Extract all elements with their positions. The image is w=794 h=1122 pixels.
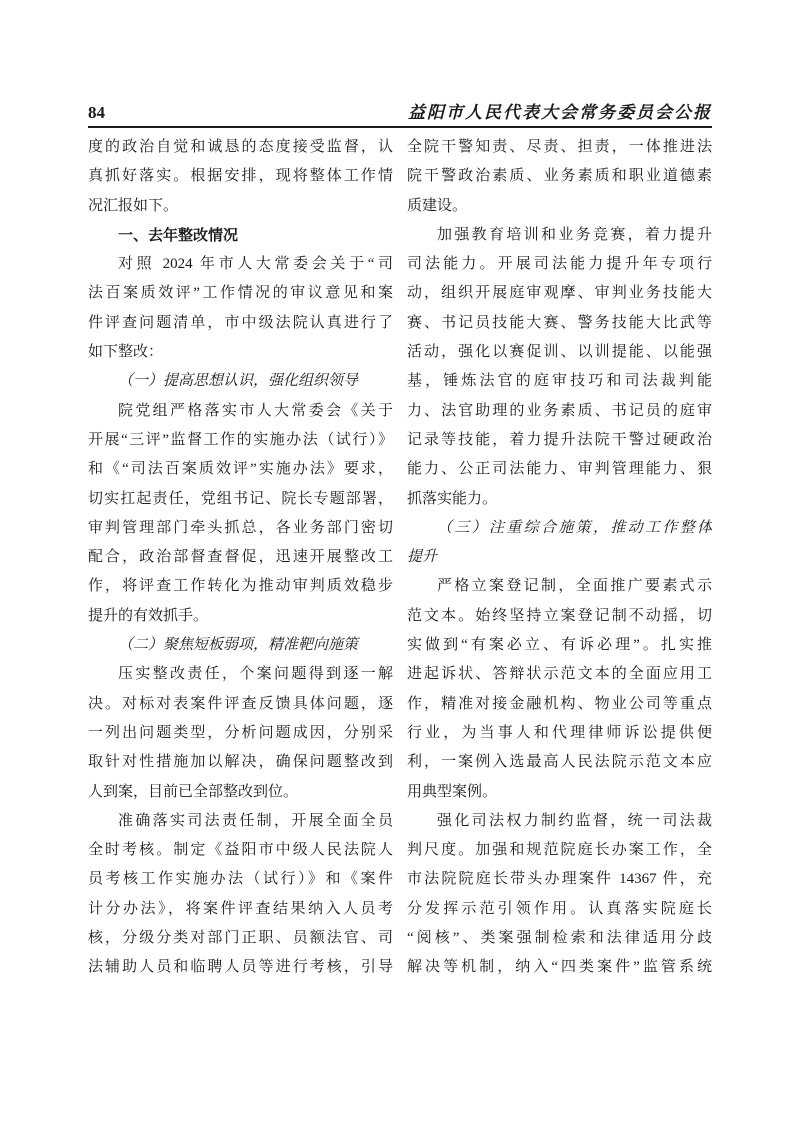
text-line: 赛、书记员技能大赛、警务技能大比武等 — [407, 309, 712, 338]
text-line: 动，组织开展庭审观摩、审判业务技能大 — [407, 279, 712, 308]
right-column: 全院干警知责、尽责、担责，一体推进法院干警政治素质、业务素质和职业道德素质建设。… — [407, 133, 712, 983]
text-line: 真抓好落实。根据安排，现将整体工作情 — [88, 162, 393, 191]
text-line: 况汇报如下。 — [88, 192, 393, 221]
text-line: 员考核工作实施办法（试行）》和《案件 — [88, 865, 393, 894]
text-line: 解决等机制，纳入“四类案件”监管系统 — [407, 953, 712, 982]
text-line: 强化司法权力制约监督，统一司法裁 — [407, 807, 712, 836]
text-line: “阅核”、类案强制检索和法律适用分歧 — [407, 924, 712, 953]
text-line: 分发挥示范引领作用。认真落实院庭长 — [407, 895, 712, 924]
text-line: 准确落实司法责任制，开展全面全员 — [88, 807, 393, 836]
text-line: 质建设。 — [407, 192, 712, 221]
text-line: 市法院院庭长带头办理案件 14367 件，充 — [407, 865, 712, 894]
text-line: 用典型案例。 — [407, 778, 712, 807]
text-line: 全时考核。制定《益阳市中级人民法院人 — [88, 836, 393, 865]
text-line: 如下整改： — [88, 338, 393, 367]
text-line: 度的政治自觉和诚恳的态度接受监督，认 — [88, 133, 393, 162]
text-line: 对照 2024 年市人大常委会关于“司 — [88, 250, 393, 279]
text-line: 加强教育培训和业务竞赛，着力提升 — [407, 221, 712, 250]
subsection-heading: （一）提高思想认识，强化组织领导 — [88, 367, 393, 396]
text-line: 提升的有效抓手。 — [88, 602, 393, 631]
text-line: 件评查问题清单，市中级法院认真进行了 — [88, 309, 393, 338]
page-header: 84 益阳市人民代表大会常务委员会公报 — [88, 104, 712, 126]
subsection-heading: 提升 — [407, 543, 712, 572]
subsection-heading: （三）注重综合施策，推动工作整体 — [407, 514, 712, 543]
text-line: 计分办法》，将案件评查结果纳入人员考 — [88, 895, 393, 924]
text-line: 院干警政治素质、业务素质和职业道德素 — [407, 162, 712, 191]
text-line: 一列出问题类型，分析问题成因，分别采 — [88, 719, 393, 748]
text-line: 抓落实能力。 — [407, 485, 712, 514]
text-line: 审判管理部门牵头抓总，各业务部门密切 — [88, 514, 393, 543]
subsection-heading: （二）聚焦短板弱项，精准靶向施策 — [88, 631, 393, 660]
text-line: 取针对性措施加以解决，确保问题整改到 — [88, 748, 393, 777]
page-number: 84 — [88, 104, 105, 121]
text-line: 能力、公正司法能力、审判管理能力、狠 — [407, 455, 712, 484]
text-line: 院党组严格落实市人大常委会《关于 — [88, 397, 393, 426]
text-line: 法百案质效评”工作情况的审议意见和案 — [88, 279, 393, 308]
header-title: 益阳市人民代表大会常务委员会公报 — [408, 104, 712, 121]
left-column: 度的政治自觉和诚恳的态度接受监督，认真抓好落实。根据安排，现将整体工作情况汇报如… — [88, 133, 393, 983]
text-line: 压实整改责任，个案问题得到逐一解 — [88, 660, 393, 689]
bulletin-page: 84 益阳市人民代表大会常务委员会公报 度的政治自觉和诚恳的态度接受监督，认真抓… — [0, 0, 794, 1122]
text-line: 切实扛起责任，党组书记、院长专题部署， — [88, 485, 393, 514]
body-columns: 度的政治自觉和诚恳的态度接受监督，认真抓好落实。根据安排，现将整体工作情况汇报如… — [88, 133, 712, 983]
text-line: 决。对标对表案件评查反馈具体问题，逐 — [88, 690, 393, 719]
text-line: 全院干警知责、尽责、担责，一体推进法 — [407, 133, 712, 162]
text-line: 司法能力。开展司法能力提升年专项行 — [407, 250, 712, 279]
text-line: 作，精准对接金融机构、物业公司等重点 — [407, 690, 712, 719]
text-line: 作，将评查工作转化为推动审判质效稳步 — [88, 572, 393, 601]
text-line: 严格立案登记制，全面推广要素式示 — [407, 572, 712, 601]
text-line: 配合，政治部督查督促，迅速开展整改工 — [88, 543, 393, 572]
text-line: 核，分级分类对部门正职、员额法官、司 — [88, 924, 393, 953]
text-line: 记录等技能，着力提升法院干警过硬政治 — [407, 426, 712, 455]
text-line: 人到案，目前已全部整改到位。 — [88, 778, 393, 807]
text-line: 范文本。始终坚持立案登记制不动摇，切 — [407, 602, 712, 631]
text-line: 进起诉状、答辩状示范文本的全面应用工 — [407, 660, 712, 689]
header-rule — [88, 126, 712, 128]
text-line: 活动，强化以赛促训、以训提能、以能强 — [407, 338, 712, 367]
section-heading: 一、去年整改情况 — [88, 221, 393, 250]
text-line: 基，锤炼法官的庭审技巧和司法裁判能 — [407, 367, 712, 396]
text-line: 利，一案例入选最高人民法院示范文本应 — [407, 748, 712, 777]
text-line: 判尺度。加强和规范院庭长办案工作，全 — [407, 836, 712, 865]
text-line: 行业，为当事人和代理律师诉讼提供便 — [407, 719, 712, 748]
text-line: 力、法官助理的业务素质、书记员的庭审 — [407, 397, 712, 426]
text-line: 开展“三评”监督工作的实施办法（试行）》 — [88, 426, 393, 455]
text-line: 实做到“有案必立、有诉必理”。扎实推 — [407, 631, 712, 660]
text-line: 和《“司法百案质效评”实施办法》要求， — [88, 455, 393, 484]
text-line: 法辅助人员和临聘人员等进行考核，引导 — [88, 953, 393, 982]
